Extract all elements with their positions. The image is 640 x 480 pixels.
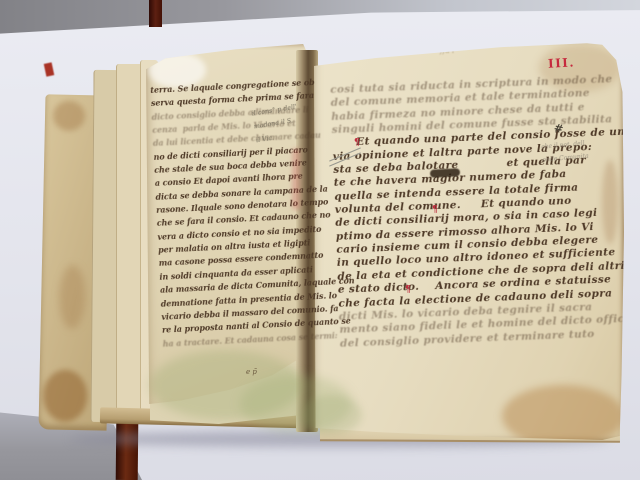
- right-page: III. ſſu ı cosi tuta sia riducta in scri…: [314, 40, 624, 440]
- red-ink-speck: [44, 62, 55, 76]
- photo-scene: terra. Se laquale congregatione se obser…: [0, 0, 640, 480]
- red-ink-smudge: [292, 148, 300, 210]
- background-wall: [0, 0, 640, 42]
- brown-stain: [502, 385, 624, 447]
- door-frame-strip: [149, 0, 162, 27]
- red-pilcrow: ¶: [405, 285, 411, 295]
- ghost-writing: ſſu ı: [440, 47, 454, 55]
- cover-stain: [43, 369, 88, 422]
- cover-stain: [59, 265, 86, 330]
- wooden-stand-stick: [116, 421, 139, 480]
- cover-stain: [53, 100, 86, 131]
- green-stain: [300, 395, 362, 435]
- red-pilcrow: ¶: [432, 205, 438, 215]
- catchword-mark: e p̃: [246, 368, 257, 376]
- folio-number: III.: [548, 55, 576, 70]
- strikethrough-blot: [430, 168, 460, 178]
- right-margin-note: che il not. dellonde Comunita: [541, 137, 607, 169]
- right-page-text: cosi tuta sia riducta in scriptura in mo…: [330, 73, 622, 351]
- red-pilcrow: ¶: [354, 138, 360, 148]
